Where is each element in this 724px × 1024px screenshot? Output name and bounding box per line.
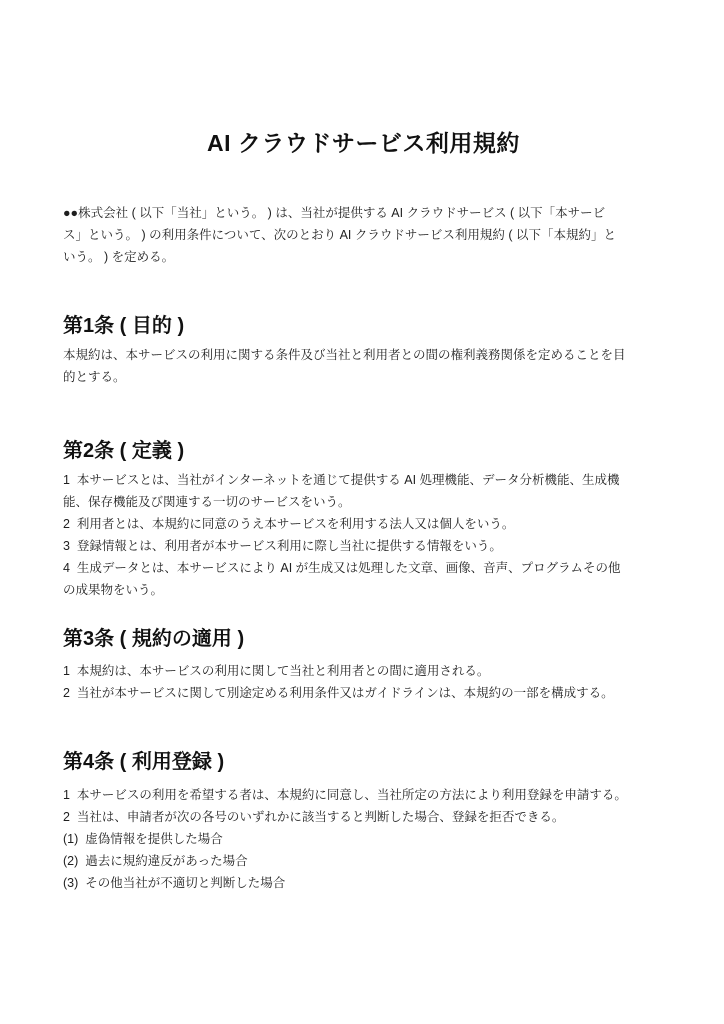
intro-paragraph: ●●株式会社 ( 以下「当社」という。 ) は、当社が提供する AI クラウドサ… [63, 202, 664, 268]
article-4-body: 1 本サービスの利用を希望する者は、本規約に同意し、当社所定の方法により利用登録… [63, 784, 664, 894]
article-1-body: 本規約は、本サービスの利用に関する条件及び当社と利用者との間の権利義務関係を定め… [63, 344, 664, 388]
article-4-heading: 第4条 ( 利用登録 ) [63, 748, 664, 776]
article-2-body: 1 本サービスとは、当社がインターネットを通じて提供する AI 処理機能、データ… [63, 469, 664, 601]
article-2-heading: 第2条 ( 定義 ) [63, 437, 664, 465]
article-1-heading: 第1条 ( 目的 ) [63, 312, 664, 340]
article-3-heading: 第3条 ( 規約の適用 ) [63, 625, 664, 653]
article-3-body: 1 本規約は、本サービスの利用に関して当社と利用者との間に適用される。 2 当社… [63, 660, 664, 704]
document-page: AI クラウドサービス利用規約 ●●株式会社 ( 以下「当社」という。 ) は、… [0, 0, 724, 1024]
document-title: AI クラウドサービス利用規約 [63, 127, 664, 159]
